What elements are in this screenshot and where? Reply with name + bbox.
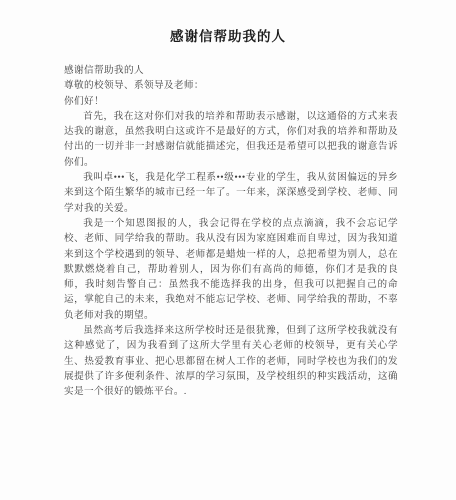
letter-greeting: 你们好！ (64, 94, 398, 109)
letter-heading-line: 感谢信帮助我的人 (64, 63, 398, 78)
letter-paragraph: 虽然高考后我选择来这所学校时还是很犹豫，但到了这所学校我就没有这种感觉了，因为我… (64, 323, 398, 399)
page-title: 感谢信帮助我的人 (0, 0, 456, 45)
document-page: 感谢信帮助我的人 感谢信帮助我的人 尊敬的校领导、系领导及老师： 你们好！ 首先… (0, 0, 456, 500)
letter-paragraph: 首先，我在这对你们对我的培养和帮助表示感谢，以这通俗的方式来表达我的谢意，虽然我… (64, 109, 398, 170)
letter-salutation: 尊敬的校领导、系领导及老师： (64, 78, 398, 93)
letter-paragraph: 我叫卓•••飞，我是化学工程系••级•••专业的学生，我从贫困偏远的异乡来到这个… (64, 170, 398, 216)
letter-paragraph: 我是一个知恩图报的人，我会记得在学校的点点滴滴，我不会忘记学校、老师、同学给我的… (64, 216, 398, 323)
letter-body: 感谢信帮助我的人 尊敬的校领导、系领导及老师： 你们好！ 首先，我在这对你们对我… (64, 63, 398, 400)
